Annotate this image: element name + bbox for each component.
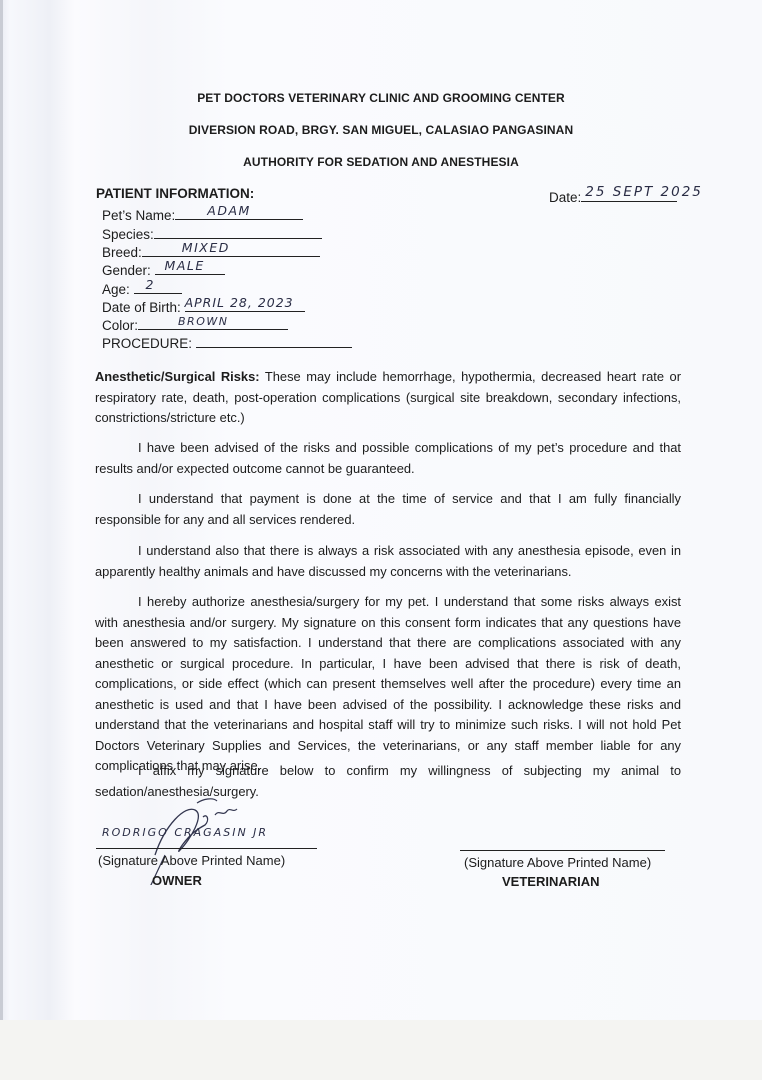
owner-signature-label: (Signature Above Printed Name) — [98, 853, 285, 868]
handwritten-value: MALE — [165, 258, 205, 273]
fill-line: MIXED — [142, 242, 320, 257]
field-label: Date of Birth: — [102, 300, 181, 315]
body-paragraph-1: I have been advised of the risks and pos… — [95, 438, 681, 479]
owner-role: OWNER — [152, 873, 202, 888]
field-gender[interactable]: Gender: MALE — [102, 260, 225, 278]
field-date[interactable]: Date:25 SEPT 2025 — [549, 187, 677, 205]
handwritten-value: ADAM — [207, 203, 251, 218]
handwritten-value: APRIL 28, 2023 — [185, 295, 294, 310]
owner-signature-scribble — [115, 795, 255, 885]
risks-label: Anesthetic/Surgical Risks: — [95, 369, 260, 384]
fill-line: BROWN — [138, 315, 288, 330]
paragraph-text: I have been advised of the risks and pos… — [95, 440, 681, 476]
form-title: AUTHORITY FOR SEDATION AND ANESTHESIA — [0, 155, 762, 169]
paragraph-text: I affix my signature below to confirm my… — [95, 763, 681, 799]
scanner-background — [0, 1020, 762, 1080]
risks-paragraph: Anesthetic/Surgical Risks: These may inc… — [95, 367, 681, 429]
paragraph-text: I understand also that there is always a… — [95, 543, 681, 579]
body-paragraph-4: I hereby authorize anesthesia/surgery fo… — [95, 592, 681, 777]
paragraph-text: I hereby authorize anesthesia/surgery fo… — [95, 594, 681, 773]
fill-line: APRIL 28, 2023 — [185, 297, 305, 312]
veterinarian-signature-line[interactable] — [460, 850, 665, 851]
field-pet-name[interactable]: Pet’s Name:ADAM — [102, 205, 303, 223]
owner-printed-name: RODRIGO CRAGASIN JR — [102, 826, 268, 839]
clinic-address: DIVERSION ROAD, BRGY. SAN MIGUEL, CALASI… — [0, 123, 762, 137]
field-label: Breed: — [102, 245, 142, 260]
body-paragraph-2: I understand that payment is done at the… — [95, 489, 681, 530]
fill-line: 25 SEPT 2025 — [581, 187, 677, 202]
field-label: Age: — [102, 282, 130, 297]
clinic-name: PET DOCTORS VETERINARY CLINIC AND GROOMI… — [0, 91, 762, 105]
field-label: Species: — [102, 227, 154, 242]
handwritten-value: BROWN — [178, 315, 228, 328]
fill-line — [196, 333, 352, 348]
date-label: Date: — [549, 190, 581, 205]
handwritten-value: MIXED — [182, 240, 230, 255]
field-color[interactable]: Color:BROWN — [102, 315, 288, 333]
veterinarian-signature-label: (Signature Above Printed Name) — [464, 855, 651, 870]
handwritten-value: 2 — [146, 277, 155, 292]
handwritten-date: 25 SEPT 2025 — [585, 184, 703, 200]
field-date-of-birth[interactable]: Date of Birth: APRIL 28, 2023 — [102, 297, 305, 315]
patient-info-title: PATIENT INFORMATION: — [96, 186, 254, 201]
field-procedure[interactable]: PROCEDURE: — [102, 333, 352, 351]
owner-signature-line[interactable] — [96, 848, 317, 849]
field-label: Gender: — [102, 263, 151, 278]
field-label: Pet’s Name: — [102, 208, 175, 223]
body-paragraph-3: I understand also that there is always a… — [95, 541, 681, 582]
veterinarian-role: VETERINARIAN — [502, 874, 600, 889]
field-label: Color: — [102, 318, 138, 333]
fill-line: MALE — [155, 260, 225, 275]
paragraph-text: I understand that payment is done at the… — [95, 491, 681, 527]
fill-line: ADAM — [175, 205, 303, 220]
field-breed[interactable]: Breed:MIXED — [102, 242, 320, 260]
fill-line: 2 — [134, 279, 182, 294]
fill-line — [154, 224, 322, 239]
field-label: PROCEDURE: — [102, 336, 192, 351]
field-age[interactable]: Age: 2 — [102, 279, 182, 297]
